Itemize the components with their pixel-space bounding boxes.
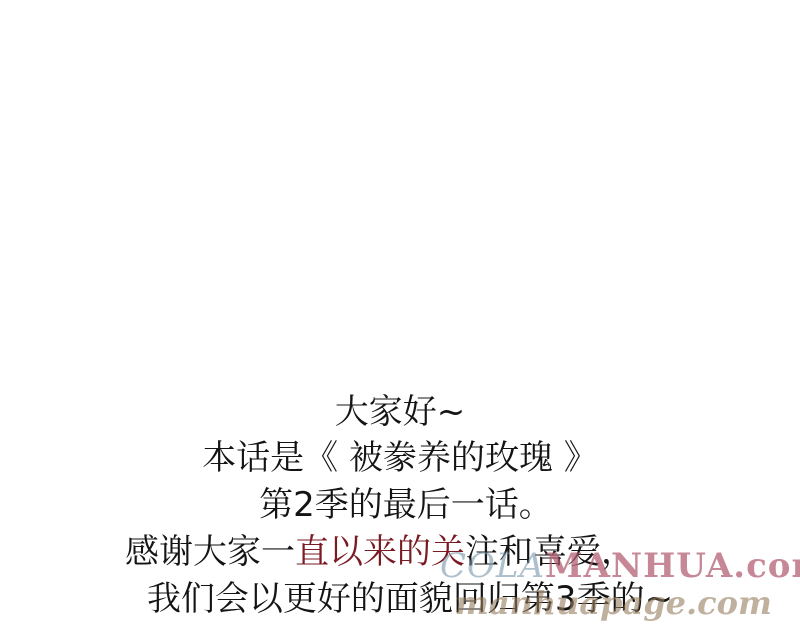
thanks-text-part1: 感谢大家一 [125, 532, 295, 572]
comic-panel: 大家好~ 本话是《 被豢养的玫瑰 》 第2季的最后一话。 感谢大家一直以来的关注… [0, 0, 800, 625]
thanks-text-part3: 注和喜爱， [465, 532, 635, 572]
thanks-text: 感谢大家一直以来的关注和喜爱， [0, 532, 780, 572]
episode-title-text: 本话是《 被豢养的玫瑰 》 [0, 438, 800, 478]
greeting-text: 大家好~ [0, 392, 800, 432]
thanks-text-highlight: 直以来的关 [295, 532, 465, 572]
season-finale-text: 第2季的最后一话。 [6, 485, 800, 525]
return-text: 我们会以更好的面貌回归第3季的~ [10, 579, 800, 619]
